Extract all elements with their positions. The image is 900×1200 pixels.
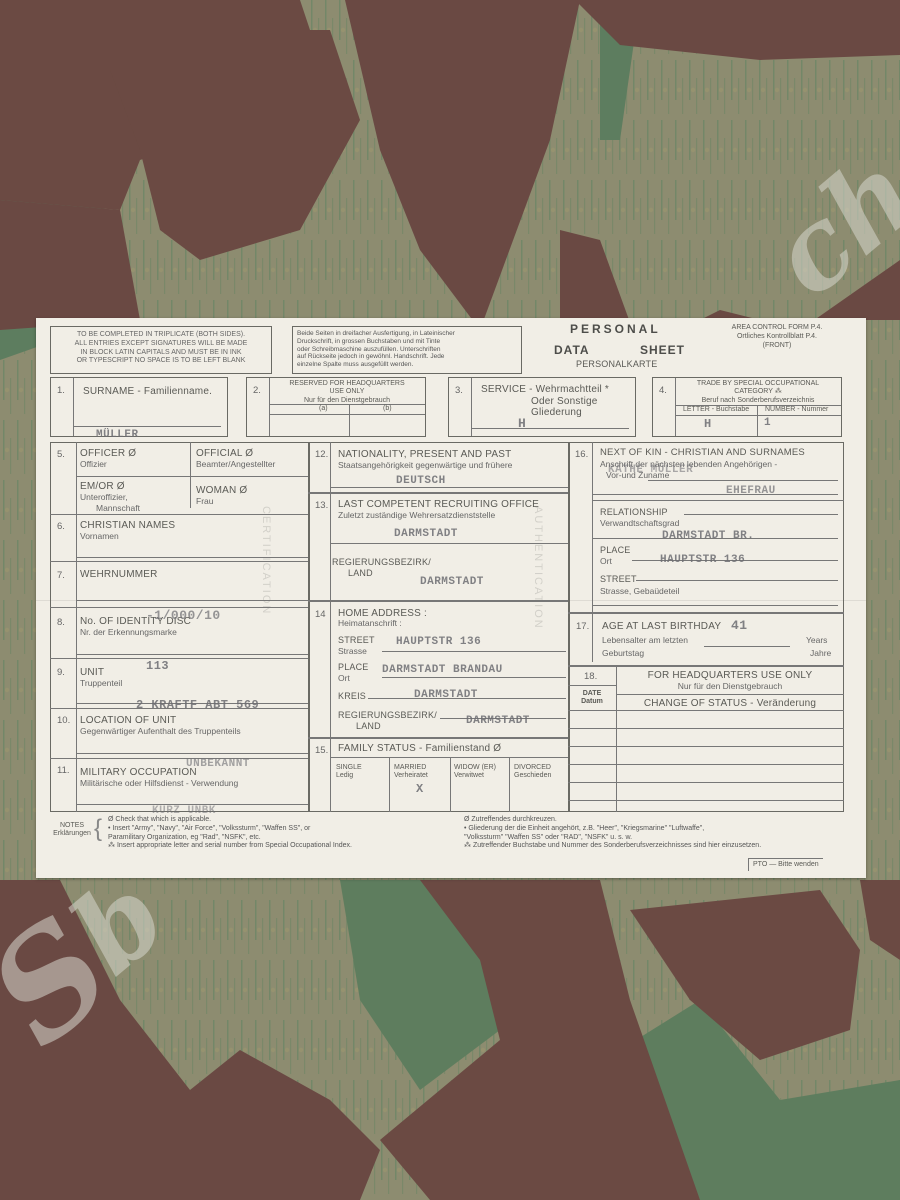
note-line: Ø Zutreffendes durchkreuzen. <box>464 816 761 825</box>
field-label-de: Vornamen <box>80 532 119 541</box>
age-value: 41 <box>731 618 748 633</box>
instruction-line: oder Schreibmaschine auszufüllen. Unters… <box>297 346 455 354</box>
brace-icon: { <box>94 816 102 842</box>
field-label: UNIT <box>80 667 104 678</box>
note-line: Paramilitary Organization, eg "Rad", "NS… <box>108 834 352 843</box>
form-title-german: PERSONALKARTE <box>576 360 657 370</box>
option-label: WIDOW (ER) <box>454 764 496 772</box>
next-of-kin-place-value: DARMSTADT BR. <box>662 530 754 542</box>
instruction-line: Beide Seiten in dreifacher Ausfertigung,… <box>297 330 455 338</box>
form-id-line: (FRONT) <box>712 341 842 350</box>
relationship-label-de: Verwandtschaftsgrad <box>600 519 679 528</box>
em-or-label-de: Unteroffizier, <box>80 493 128 502</box>
street-label-de: Strasse <box>338 647 367 656</box>
field-number: 13. <box>315 501 328 511</box>
option-label: DIVORCED <box>514 764 551 772</box>
service-value: H <box>518 416 526 431</box>
note-line: • Gliederung der die Einheit angehört, z… <box>464 825 761 834</box>
field-label: MILITARY OCCUPATION <box>80 767 197 778</box>
field-number: 8. <box>57 618 65 628</box>
instruction-line: IN BLOCK LATIN CAPITALS AND MUST BE IN I… <box>55 349 267 358</box>
field-number: 17. <box>576 622 589 632</box>
field-label-de: Gegenwärtiger Aufenthalt des Truppenteil… <box>80 727 241 736</box>
street-label: STREET <box>338 636 375 646</box>
field-label-de: Truppenteil <box>80 679 122 688</box>
form-identifier: AREA CONTROL FORM P.4. Ortliches Kontrol… <box>712 323 842 350</box>
land-label: LAND <box>348 569 373 579</box>
note-line: ⁂ Zutreffender Buchstabe und Nummer des … <box>464 842 761 851</box>
years-label: Years <box>806 636 827 645</box>
home-kreis-value: DARMSTADT <box>414 689 478 701</box>
field-label: Oder Sonstige <box>481 396 609 408</box>
form-title-personal: PERSONAL <box>570 323 661 336</box>
field-number: 4. <box>659 386 667 396</box>
option-label: MARRIED <box>394 764 426 772</box>
form-title-data: DATA <box>554 344 590 357</box>
instructions-german-box: Beide Seiten in dreifacher Ausfertigung,… <box>292 326 522 374</box>
number-column-label: NUMBER - Nummer <box>765 406 828 414</box>
field-label: LAST COMPETENT RECRUITING OFFICE <box>338 499 539 510</box>
trade-letter-value: H <box>704 417 712 431</box>
field-number: 15. <box>315 746 328 756</box>
surname-value: MÜLLER <box>96 429 139 441</box>
form-id-line: AREA CONTROL FORM P.4. <box>712 323 842 332</box>
location-of-unit-value: 2 KRAFTF ABT 569 <box>136 698 259 712</box>
home-place-value: DARMSTADT BRANDAU <box>382 664 503 676</box>
kreis-label: KREIS <box>338 692 366 702</box>
recruiting-land-value: DARMSTADT <box>420 576 484 588</box>
place-label-de: Ort <box>600 557 612 566</box>
instructions-english-box: TO BE COMPLETED IN TRIPLICATE (BOTH SIDE… <box>50 326 272 374</box>
option-label-de: Ledig <box>336 772 353 780</box>
field-number: 9. <box>57 668 65 678</box>
form-id-line: Ortliches Kontrollblatt P.4. <box>712 332 842 341</box>
land-label: LAND <box>356 722 381 732</box>
field-label-de: Staatsangehörigkeit gegenwärtige und frü… <box>338 461 512 470</box>
field-number: 3. <box>455 386 463 396</box>
pto-label: PTO — Bitte wenden <box>748 858 823 871</box>
option-label: SINGLE <box>336 764 362 772</box>
officer-label-de: Offizier <box>80 460 107 469</box>
field-4-trade-category[interactable]: 4. TRADE BY SPECIAL OCCUPATIONAL CATEGOR… <box>652 377 842 437</box>
place-label: PLACE <box>600 546 631 556</box>
datum-label: Datum <box>570 698 614 706</box>
home-land-value: DARMSTADT <box>466 715 530 727</box>
em-or-label: EM/OR Ø <box>80 481 125 492</box>
field-label: SURNAME - Familienname. <box>83 386 212 397</box>
instruction-line: auf Rückseite jedoch in gewöhnl. Handsch… <box>297 353 455 361</box>
note-line: "Volkssturm" "Waffen SS" oder "RAD", "NS… <box>464 834 761 843</box>
instruction-line: ALL ENTRIES EXCEPT SIGNATURES WILL BE MA… <box>55 340 267 349</box>
field-label: FOR HEADQUARTERS USE ONLY <box>616 670 844 681</box>
field-label: CATEGORY ⁂ <box>677 388 839 396</box>
identity-disc-value: -1/000/10 <box>146 608 221 623</box>
regierungsbezirk-label: REGIERUNGSBEZIRK/ <box>332 558 431 568</box>
field-number: 11. <box>57 766 70 776</box>
field-label: USE ONLY <box>271 388 423 396</box>
option-label-de: Verheiratet <box>394 772 428 780</box>
date-label: DATE <box>570 690 614 698</box>
military-occupation-value: UNBEKANNT <box>186 758 250 770</box>
official-label-de: Beamter/Angestellter <box>196 460 275 469</box>
option-label-de: Verwitwet <box>454 772 484 780</box>
official-label: OFFICIAL Ø <box>196 448 253 459</box>
option-label-de: Geschieden <box>514 772 551 780</box>
field-label: SERVICE - Wehrmachtteil * <box>481 384 609 396</box>
field-label: LOCATION OF UNIT <box>80 715 176 726</box>
field-number: 6. <box>57 522 65 532</box>
instruction-line: OR TYPESCRIPT NO SPACE IS TO BE LEFT BLA… <box>55 357 267 366</box>
next-of-kin-name-value: KÄTHE MÜLLER <box>608 464 693 476</box>
field-number: 10. <box>57 716 70 726</box>
woman-label: WOMAN Ø <box>196 485 247 496</box>
field-label-de: Heimatanschrift : <box>338 619 402 628</box>
field-label-de: Nur für den Dienstgebrauch <box>616 682 844 691</box>
recruiting-office-value: DARMSTADT <box>394 528 458 540</box>
nationality-value: DEUTSCH <box>396 475 446 487</box>
street-label-de: Strasse, Gebaüdeteil <box>600 587 679 596</box>
field-3-service[interactable]: 3. SERVICE - Wehrmachtteil * Oder Sonsti… <box>448 377 636 437</box>
field-number: 1. <box>57 386 65 396</box>
change-of-status-label: CHANGE OF STATUS - Veränderung <box>616 698 844 709</box>
field-number: 5. <box>57 450 65 460</box>
instruction-line: Druckschrift, in grossen Buchstaben und … <box>297 338 455 346</box>
field-number: 2. <box>253 386 261 396</box>
column-b-label: (b) <box>383 405 392 413</box>
next-of-kin-street-value: HAUPTSTR 136 <box>660 554 745 566</box>
field-number: 18. <box>584 672 597 682</box>
field-number: 12. <box>315 450 328 460</box>
field-label-de: Nr. der Erkennungsmarke <box>80 628 177 637</box>
field-label: NEXT OF KIN - CHRISTIAN AND SURNAMES <box>600 448 805 458</box>
notes-label-de: Erklärungen <box>50 830 94 838</box>
woman-label-de: Frau <box>196 497 213 506</box>
place-label: PLACE <box>338 663 369 673</box>
place-label-de: Ort <box>338 674 350 683</box>
relationship-value: EHEFRAU <box>726 485 776 497</box>
em-or-label-de: Mannschaft <box>96 504 140 513</box>
form-title-sheet: SHEET <box>640 344 685 357</box>
field-number: 7. <box>57 571 65 581</box>
note-line: ⁂ Insert appropriate letter and serial n… <box>108 842 352 851</box>
unit-value: 113 <box>146 659 169 673</box>
field-label: AGE AT LAST BIRTHDAY <box>602 621 721 632</box>
field-2-reserved-hq: 2. RESERVED FOR HEADQUARTERS USE ONLY Nu… <box>246 377 426 437</box>
note-line: Ø Check that which is applicable. <box>108 816 352 825</box>
home-street-value: HAUPTSTR 136 <box>396 636 481 648</box>
field-number: 16. <box>575 450 588 460</box>
officer-label: OFFICER Ø <box>80 448 136 459</box>
regierungsbezirk-label: REGIERUNGSBEZIRK/ <box>338 711 437 721</box>
field-label: NATIONALITY, PRESENT AND PAST <box>338 449 511 460</box>
field-number: 14 <box>315 610 326 620</box>
field-label: Beruf nach Sonderberufsverzeichnis <box>677 397 839 405</box>
column-a-label: (a) <box>319 405 328 413</box>
jahre-label: Jahre <box>810 649 831 658</box>
letter-column-label: LETTER - Buchstabe <box>683 406 749 414</box>
note-line: • Insert "Army", "Navy", "Air Force", "V… <box>108 825 352 834</box>
instruction-line: TO BE COMPLETED IN TRIPLICATE (BOTH SIDE… <box>55 331 267 340</box>
married-mark: X <box>416 782 424 796</box>
field-label: CHRISTIAN NAMES <box>80 520 175 531</box>
instruction-line: einzelne Spalte muss ausgefüllt werden. <box>297 361 455 369</box>
personal-data-sheet: CERTIFICATION AUTHENTICATION TO BE COMPL… <box>36 318 866 878</box>
street-label: STREET <box>600 575 637 585</box>
field-label-de: Geburtstag <box>602 649 644 658</box>
field-label: Gliederung <box>481 407 609 419</box>
field-label: WEHRNUMMER <box>80 569 158 580</box>
trade-number-value: 1 <box>764 417 771 429</box>
relationship-label: RELATIONSHIP <box>600 508 668 518</box>
field-label-de: Zuletzt zuständige Wehrersatzdienststell… <box>338 511 495 520</box>
field-label-de: Militärische oder Hilfsdienst - Verwendu… <box>80 779 238 788</box>
field-label-de: Lebensalter am letzten <box>602 636 688 645</box>
field-label: FAMILY STATUS - Familienstand Ø <box>338 743 501 754</box>
notes-label: NOTES <box>50 822 94 830</box>
field-label: RESERVED FOR HEADQUARTERS <box>271 380 423 388</box>
field-1-surname[interactable]: 1. SURNAME - Familienname. <box>50 377 228 437</box>
